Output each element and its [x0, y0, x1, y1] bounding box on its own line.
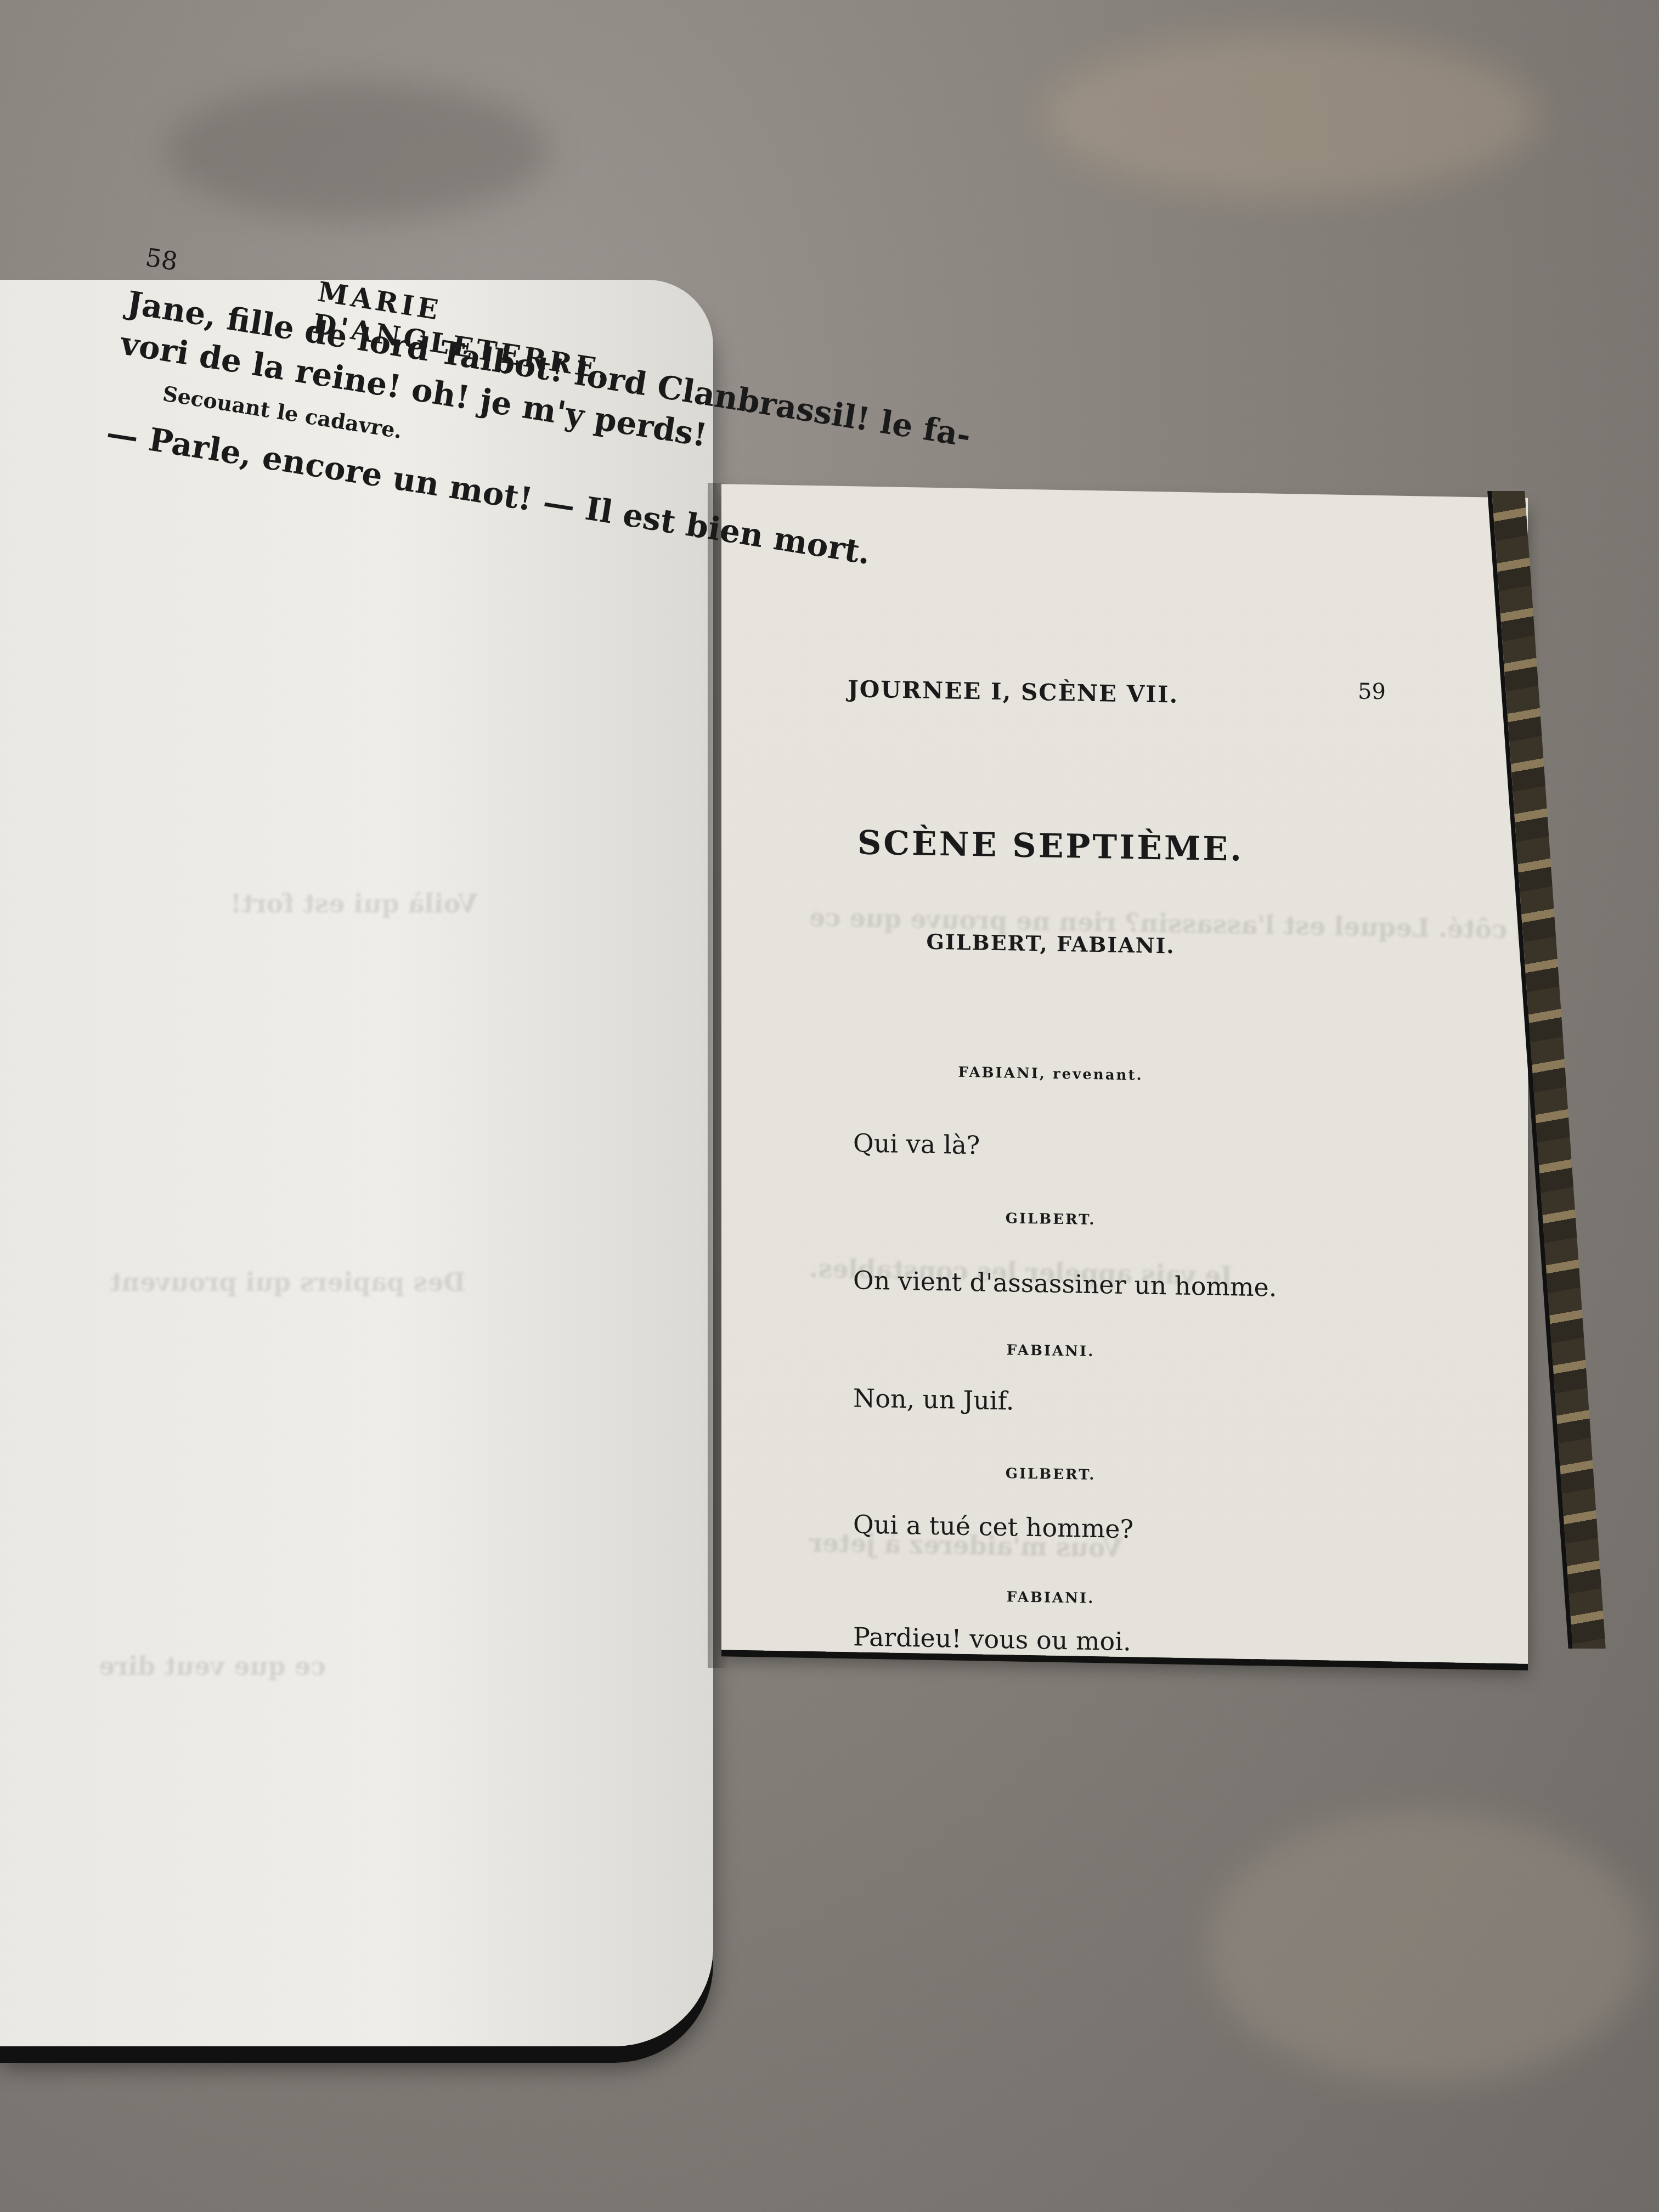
speaker-name: GILBERT.	[721, 1460, 1380, 1488]
marble-stain	[165, 82, 549, 219]
left-page: Voilà qui est fort! Des papiers qui prou…	[0, 280, 713, 2046]
dialogue-line: Non, un Juif.	[853, 1383, 1014, 1415]
bleed-through-text: ce que veut dire	[99, 1651, 326, 1681]
speaker-name: FABIANI.	[721, 1337, 1380, 1365]
page-number: 59	[1358, 679, 1386, 704]
bleed-through-text: Voilà qui est fort!	[230, 889, 478, 918]
dialogue-line: Qui a tué cet homme?	[853, 1509, 1133, 1544]
bleed-through-text: Des papiers qui prouvent	[110, 1267, 465, 1297]
dialogue-line: Pardieu! vous ou moi.	[853, 1622, 1131, 1656]
dialogue-line: Qui va là?	[853, 1128, 980, 1160]
running-title: JOURNEE I, SCÈNE VII.	[848, 675, 1178, 708]
character-list: GILBERT, FABIANI.	[721, 926, 1380, 962]
speaker-name: FABIANI.	[721, 1584, 1380, 1612]
dialogue-line: On vient d'assassiner un homme.	[853, 1265, 1277, 1302]
speaker-name: FABIANI, revenant.	[721, 1060, 1380, 1088]
speaker-name: GILBERT.	[721, 1205, 1380, 1233]
page-number: 58	[143, 242, 179, 276]
marble-stain	[1042, 33, 1536, 198]
right-page-text: JOURNEE I, SCÈNE VII. 59 SCÈNE SEPTIÈME.…	[721, 484, 1528, 1664]
marble-stain	[1207, 1810, 1646, 2085]
scene-title: SCÈNE SEPTIÈME.	[721, 821, 1380, 871]
